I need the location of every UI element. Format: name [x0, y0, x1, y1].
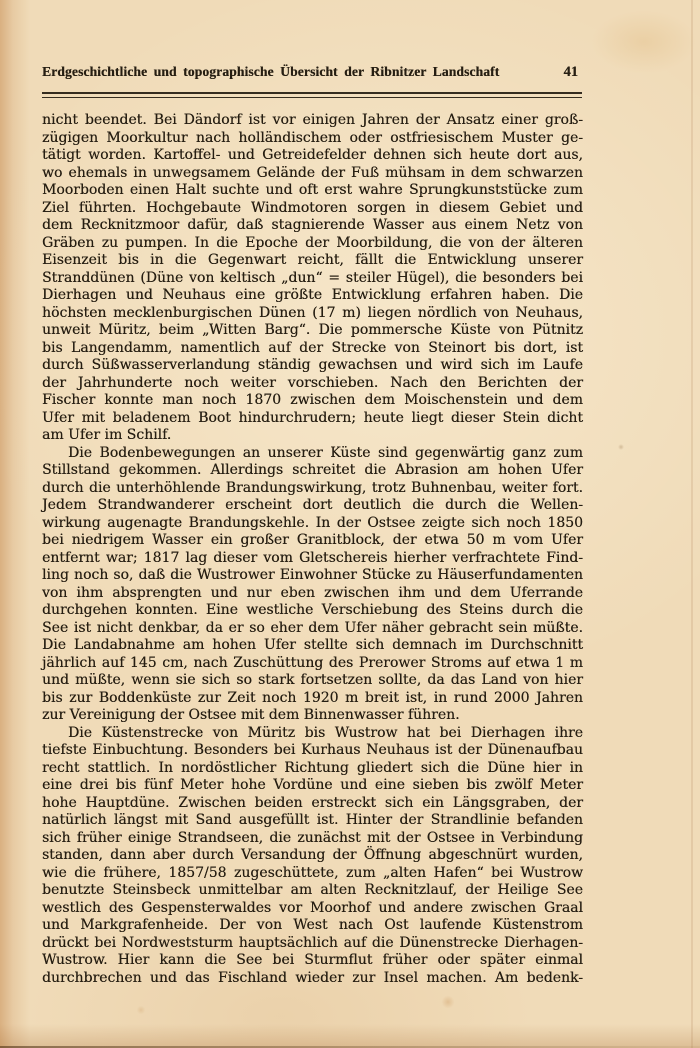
text-line: tätigt worden. Kartoffel- und Getreidefe…: [42, 147, 583, 165]
text-line: See ist nicht denkbar, da er so eher dem…: [42, 620, 583, 638]
text-line: wirkung augenagte Brandungskehle. In der…: [42, 515, 583, 533]
page-number: 41: [564, 64, 583, 81]
text-line: höchsten mecklenburgischen Dünen (17 m) …: [42, 305, 583, 323]
text-line: wo ehemals in unwegsamem Gelände der Fuß…: [42, 165, 583, 183]
text-line: bei niedrigem Wasser ein großer Granitbl…: [42, 532, 583, 550]
text-line: durchbrechen und das Fischland wieder zu…: [42, 970, 583, 988]
text-line: bis zur Boddenküste zur Zeit noch 1920 m…: [42, 690, 583, 708]
text-line: Gräben zu pumpen. In die Epoche der Moor…: [42, 235, 583, 253]
text-line: ling noch so, daß die Wustrower Einwohne…: [42, 567, 583, 585]
text-line: Die Landabnahme am hohen Ufer stellte si…: [42, 637, 583, 655]
text-line: Die Bodenbewegungen an unserer Küste sin…: [42, 445, 583, 463]
text-line: natürlich längst mit Sand ausgefüllt ist…: [42, 812, 583, 830]
text-line: Ufer mit beladenem Boot hindurchrudern; …: [42, 410, 583, 428]
text-line: Eisenzeit bis in die Gegenwart reicht, f…: [42, 252, 583, 270]
text-line: Stranddünen (Düne von keltisch „dun“ = s…: [42, 270, 583, 288]
text-line: sich früher einige Strandseen, die zunäc…: [42, 830, 583, 848]
text-line: Wustrow. Hier kann die See bei Sturmflut…: [42, 952, 583, 970]
text-line: und Markgrafenheide. Der von West nach O…: [42, 917, 583, 935]
scanned-book-page: Erdgeschichtliche und topographische Übe…: [0, 0, 700, 1048]
text-line: benutzte Steinsbeck unmittelbar am alten…: [42, 882, 583, 900]
text-line: Stillstand gekommen. Allerdings schreite…: [42, 462, 583, 480]
text-line: und müßte, wenn sie sich so stark fortse…: [42, 672, 583, 690]
text-line: durch die unterhöhlende Brandungswirkung…: [42, 480, 583, 498]
text-line: standen, dann aber durch Versandung der …: [42, 847, 583, 865]
text-line: jährlich auf 145 cm, nach Zuschüttung de…: [42, 655, 583, 673]
text-line: bis Langendamm, namentlich auf der Strec…: [42, 340, 583, 358]
text-line: unweit Müritz, beim „Witten Barg“. Die p…: [42, 322, 583, 340]
header-double-rule: [42, 92, 582, 98]
text-line: recht stattlich. In nordöstlicher Richtu…: [42, 760, 583, 778]
text-line: Die Küstenstrecke von Müritz bis Wustrow…: [42, 725, 583, 743]
text-line: durch Süßwasserverlandung ständig gewach…: [42, 357, 583, 375]
text-line: Moorboden einen Halt suchte und oft erst…: [42, 182, 583, 200]
left-edge-shadow: [0, 0, 30, 1048]
text-line: drückt bei Nordweststurm hauptsächlich a…: [42, 935, 583, 953]
running-header: Erdgeschichtliche und topographische Übe…: [42, 64, 582, 81]
running-title: Erdgeschichtliche und topographische Übe…: [42, 64, 499, 80]
text-line: am Ufer im Schilf.: [42, 427, 583, 445]
right-paper-crease: [691, 0, 693, 1048]
page-body: nicht beendet. Bei Dändorf ist vor einig…: [42, 112, 583, 987]
text-line: dem Recknitzmoor dafür, daß stagnierende…: [42, 217, 583, 235]
text-line: tiefste Einbuchtung. Besonders bei Kurha…: [42, 742, 583, 760]
text-line: entfernt war; 1817 lag dieser vom Gletsc…: [42, 550, 583, 568]
text-line: von ihm absprengten und nur eben zwische…: [42, 585, 583, 603]
text-line: der Jahrhunderte noch weiter vorschieben…: [42, 375, 583, 393]
text-line: nicht beendet. Bei Dändorf ist vor einig…: [42, 112, 583, 130]
bottom-edge-shadow: [0, 1024, 700, 1048]
text-line: zügigen Moorkultur nach holländischem od…: [42, 130, 583, 148]
text-line: wie die frühere, 1857/58 zugeschüttete, …: [42, 865, 583, 883]
text-line: Jedem Strandwanderer erscheint dort deut…: [42, 497, 583, 515]
text-line: durchgehen konnten. Eine westliche Versc…: [42, 602, 583, 620]
text-line: eine drei bis fünf Meter hohe Vordüne un…: [42, 777, 583, 795]
text-line: Dierhagen und Neuhaus eine größte Entwic…: [42, 287, 583, 305]
text-line: westlich des Gespensterwaldes vor Moorho…: [42, 900, 583, 918]
text-line: hohe Hauptdüne. Zwischen beiden erstreck…: [42, 795, 583, 813]
text-line: Fischer konnte man noch 1870 zwischen de…: [42, 392, 583, 410]
text-line: Ziel führten. Hochgebaute Windmotoren so…: [42, 200, 583, 218]
text-line: zur Vereinigung der Ostsee mit dem Binne…: [42, 707, 583, 725]
